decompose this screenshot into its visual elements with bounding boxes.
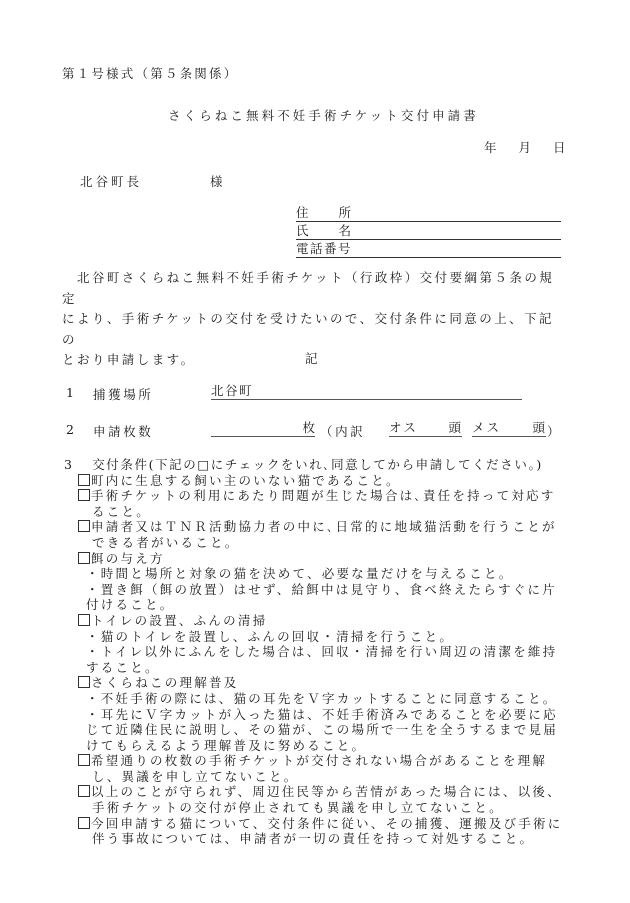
phone-label: 電話番号 (296, 242, 352, 256)
condition-item[interactable]: トイレの設置、ふんの清掃 (64, 613, 574, 629)
recipient-name: 北谷町長 (80, 172, 142, 190)
ki-heading: 記 (305, 349, 318, 367)
checkbox[interactable] (78, 474, 90, 486)
checkbox[interactable] (78, 520, 90, 532)
checkbox[interactable] (78, 785, 90, 797)
condition-item[interactable]: 希望通りの枚数の手術チケットが交付されない場合があることを理解 (64, 753, 574, 769)
condition-sub-item: ・置き餌（餌の放置）はせず、給餌中は見守り、食べ終えたらすぐに片 (64, 582, 574, 598)
female-label: メス (472, 420, 501, 435)
item-1-number: 1 (66, 385, 74, 400)
condition-sub-item-continued: 付けること。 (64, 597, 574, 613)
condition-sub-item: ・猫のトイレを設置し、ふんの回収・清掃を行うこと。 (64, 629, 574, 645)
capture-location-field[interactable]: 北谷町 (211, 384, 522, 400)
male-label: オス (389, 420, 418, 435)
name-label-1: 氏 (296, 224, 309, 238)
address-field[interactable]: 住所 (296, 206, 561, 222)
date-day-label: 日 (553, 138, 566, 156)
condition-item[interactable]: 申請者又はＴＮＲ活動協力者の中に､日常的に地域猫活動を行うことが (64, 519, 574, 535)
checkbox[interactable] (78, 614, 90, 626)
conditions-heading-text: 交付条件(下記の□にチェックをいれ､同意してから申請してください。) (92, 457, 543, 472)
checkbox[interactable] (78, 676, 90, 688)
date-month-label: 月 (519, 138, 532, 156)
address-label-2: 所 (339, 206, 352, 220)
condition-sub-item-continued: じて近隣住民に説明し、その猫が、この場所で一生を全うするまで見届 (64, 722, 574, 738)
condition-sub-item-continued: すること。 (64, 660, 574, 676)
item-3-number: 3 (64, 457, 74, 472)
document-title: さくらねこ無料不妊手術チケット交付申請書 (168, 106, 479, 124)
name-field[interactable]: 氏名 (296, 224, 561, 240)
intro-line: 北谷町さくらねこ無料不妊手術チケット（行政枠）交付要綱第５条の規定 (62, 268, 562, 309)
condition-item[interactable]: 手術チケットの利用にあたり問題が生じた場合は､責任を持って対応す (64, 488, 574, 504)
phone-field[interactable]: 電話番号 (296, 242, 561, 258)
condition-sub-item: ・時間と場所と対象の猫を決めて、必要な量だけを与えること。 (64, 566, 574, 582)
male-count-field[interactable]: オス 頭 (389, 421, 462, 437)
date-field[interactable]: 年月日 (484, 138, 566, 156)
date-year-label: 年 (484, 138, 497, 156)
condition-sub-item-continued: けてもらえるよう理解普及に努めること。 (64, 738, 574, 754)
male-unit: 頭 (448, 421, 461, 435)
breakdown-close: ） (547, 422, 560, 440)
checkbox[interactable] (78, 489, 90, 501)
condition-text-continued: ること。 (64, 504, 574, 520)
breakdown-open: （内訳 (320, 422, 365, 440)
condition-item[interactable]: 以上のことが守られず、周辺住民等から苦情があった場合には、以後、 (64, 784, 574, 800)
condition-sub-item: ・不妊手術の際には、猫の耳先をＶ字カットすることに同意すること。 (64, 691, 574, 707)
female-unit: 頭 (532, 421, 545, 435)
condition-text-continued: できる者がいること。 (64, 535, 574, 551)
ticket-count-field[interactable]: 枚 (211, 421, 315, 437)
checkbox[interactable] (78, 552, 90, 564)
item-2-label: 申請枚数 (93, 422, 153, 440)
condition-item[interactable]: 町内に生息する飼い主のいない猫であること。 (64, 473, 574, 489)
capture-location-value: 北谷町 (211, 383, 253, 398)
condition-sub-item: ・耳先にＶ字カットが入った猫は、不妊手術済みであることを必要に応 (64, 707, 574, 723)
ticket-count-unit: 枚 (302, 420, 315, 435)
condition-sub-item: ・トイレ以外にふんをした場合は、回収・清掃を行い周辺の清潔を維持 (64, 644, 574, 660)
address-label-1: 住 (296, 206, 309, 220)
item-1-label: 捕獲場所 (93, 385, 153, 403)
conditions-heading: 3交付条件(下記の□にチェックをいれ､同意してから申請してください。) (64, 457, 574, 473)
condition-text-continued: 手術チケットの交付が停止されても異議を申し立てないこと。 (64, 800, 574, 816)
condition-item[interactable]: 餌の与え方 (64, 551, 574, 567)
recipient-honorific: 様 (210, 172, 223, 190)
checkbox[interactable] (78, 754, 90, 766)
checkbox[interactable] (78, 817, 90, 829)
condition-item[interactable]: 今回申請する猫について、交付条件に従い、その捕獲、運搬及び手術に (64, 816, 574, 832)
form-number: 第１号様式（第５条関係） (62, 64, 238, 82)
condition-text-continued: 伴う事故については、申請者が一切の責任を持って対処すること。 (64, 831, 574, 847)
condition-text-continued: し、異議を申し立てないこと。 (64, 769, 574, 785)
female-count-field[interactable]: メス 頭 (472, 421, 546, 437)
condition-item[interactable]: さくらねこの理解普及 (64, 675, 574, 691)
item-2-number: 2 (66, 422, 74, 437)
name-label-2: 名 (339, 224, 352, 238)
conditions-section: 3交付条件(下記の□にチェックをいれ､同意してから申請してください。) 町内に生… (64, 457, 574, 847)
intro-line: により、手術チケットの交付を受けたいので、交付条件に同意の上、下記の (62, 309, 562, 350)
